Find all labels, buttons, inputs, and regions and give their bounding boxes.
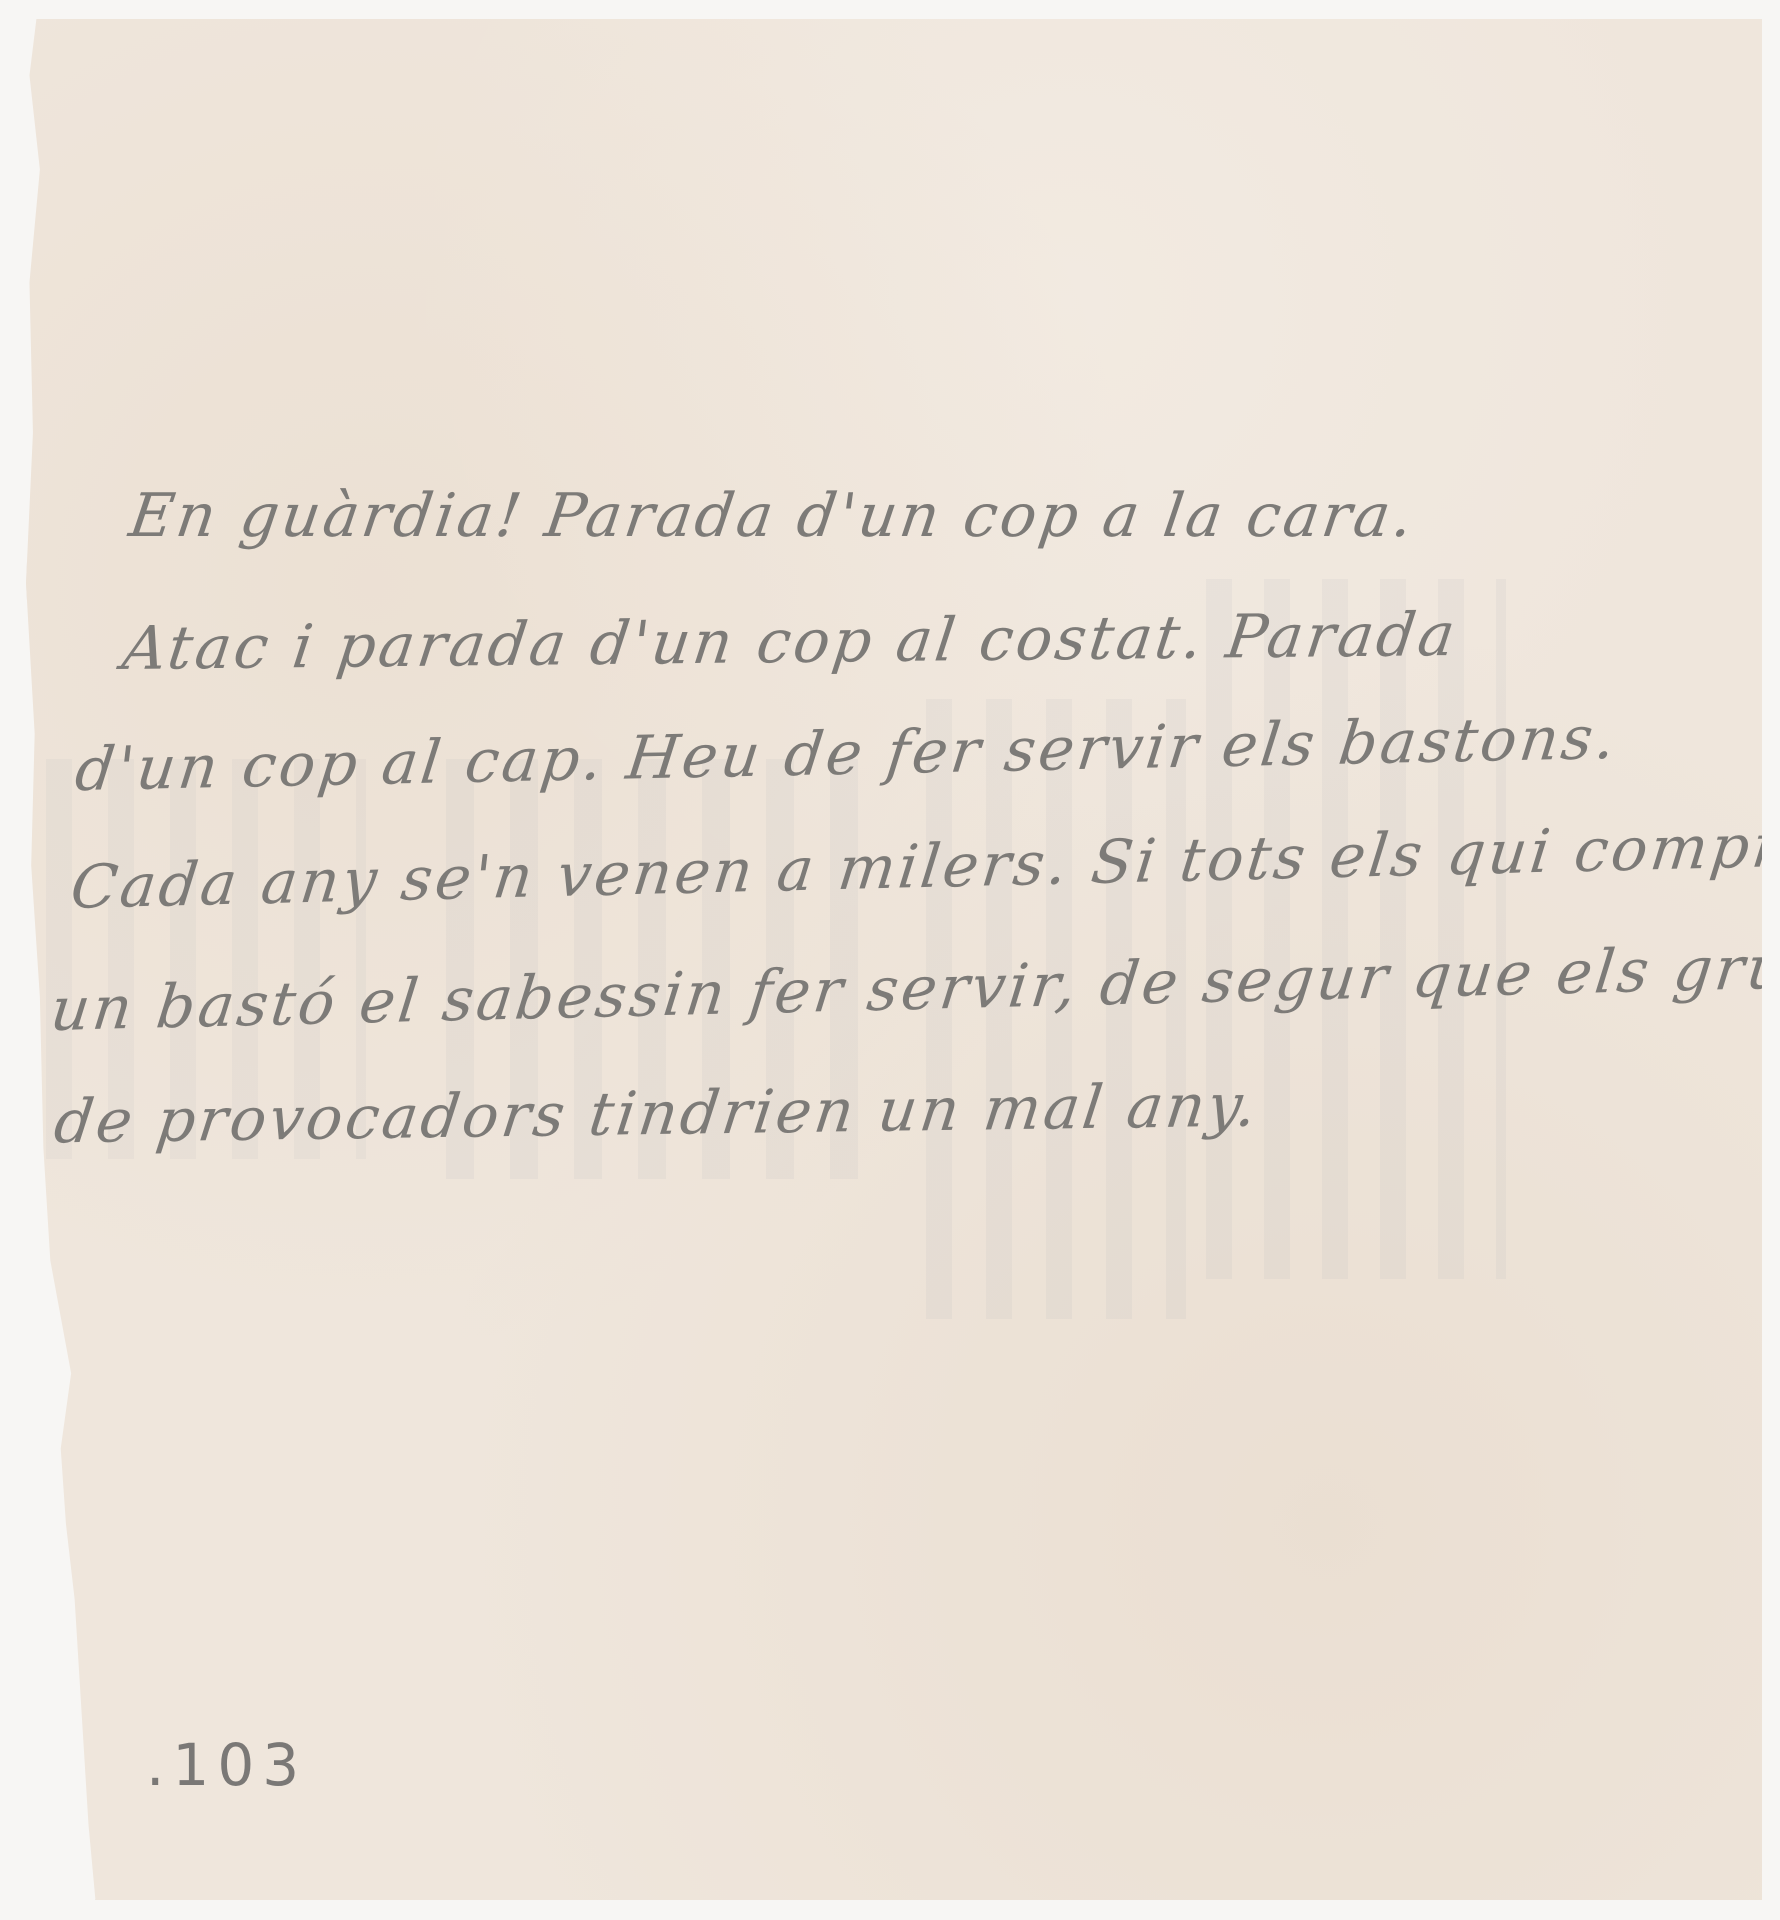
- manuscript-line: Atac i parada d'un cop al costat. Parada: [119, 600, 1462, 684]
- scanned-page: ​ En guàrdia! Parada d'un cop a la cara.…: [0, 0, 1780, 1920]
- page-number: .103: [146, 1731, 307, 1799]
- manuscript-line: En guàrdia! Parada d'un cop a la cara.: [125, 481, 1420, 551]
- paper-sheet: ​ En guàrdia! Parada d'un cop a la cara.…: [26, 19, 1762, 1900]
- bleed-through-column: [1206, 579, 1506, 1279]
